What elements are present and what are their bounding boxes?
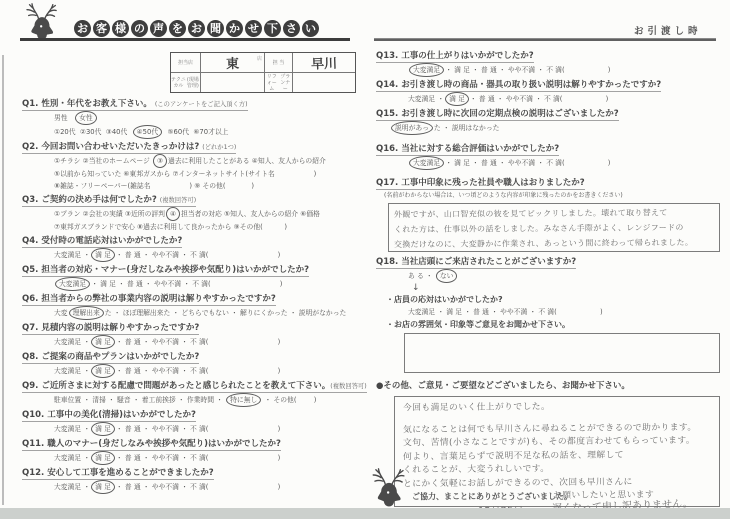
title-char: お — [74, 20, 91, 37]
question-number: Q2. — [22, 142, 38, 152]
question-number: Q11. — [22, 439, 44, 449]
question-note: (このアンケートをご記入頂く方) — [155, 101, 248, 108]
circled-answer: 説明があっ — [391, 121, 433, 135]
circled-answer: 満 足 — [445, 92, 469, 106]
question-note: (複数回答可) — [160, 197, 196, 204]
options-line: ①プラン ②会社の実績 ③近所の評判④担当者の対応 ⑤知人、友人からの紹介 ⑥価… — [22, 207, 374, 221]
options-line: 大変満足 ・満 足・ 普 通 ・ やや不満 ・ 不 満( ) — [22, 451, 374, 465]
options-line: 大変満足 ・満 足・ 普 通 ・ やや不満 ・ 不 満( ) — [22, 422, 374, 436]
circled-answer: 満 足 — [91, 480, 115, 494]
question-q9: Q9. ご近所さまに対する配慮で問題があったと感じられたことを教えて下さい。(複… — [22, 380, 374, 407]
question-q7: Q7. 見積内容の説明は解りやすかったですか? 大変満足 ・満 足・ 普 通 ・… — [22, 322, 374, 349]
page-title: お客様の声をお聞かせ下さい — [74, 17, 321, 37]
options-line: 男性 女性 — [22, 111, 374, 125]
options-line: 大変満足 ・ 満 足 ・ 普 通 ・ やや不満 ・ 不 満( ) — [376, 306, 720, 318]
question-title: ご近所さまに対する配慮で問題があったと感じられたことを教えて下さい。 — [41, 381, 330, 391]
question-q11: Q11. 職人のマナー(身だしなみや挨拶や気配り)はいかがでしたか? 大変満足 … — [22, 438, 374, 465]
circled-answer: ④50代 — [133, 125, 163, 139]
circled-answer: 満 足 — [91, 248, 115, 262]
options-line: 大変満足 ・満 足・ 普 通 ・ やや不満 ・ 不 満( ) — [376, 92, 720, 106]
technical-value-cell — [201, 73, 265, 92]
store-label: 担当店 — [171, 53, 201, 73]
technical-label: テクニカル(現場管理) — [171, 73, 201, 92]
circled-answer: ③ — [153, 154, 167, 168]
circled-answer: 特に無し — [226, 393, 261, 407]
question-q15: Q15. お引き渡し時に次回の定期点検の説明はございましたか? 説明があった ・… — [376, 108, 720, 135]
question-number: Q8. — [22, 352, 38, 362]
scan-edge-left — [2, 55, 4, 505]
title-char: 声 — [150, 20, 167, 37]
options-line: 駐車位置 ・ 清掃 ・ 騒音 ・ 着工前挨拶 ・ 作業時間 ・ 特に無し ・ そ… — [22, 393, 374, 407]
other-comments-heading: ●その他、ご意見・ご要望などございましたら、お聞かせ下さい。 — [376, 380, 720, 393]
question-title: 担当者からの弊社の事業内容の説明は解りやすかったですか? — [41, 294, 275, 304]
q18-sub-question-staff: ・店員の応対はいかがでしたか? — [376, 293, 720, 306]
circled-answer: 満 足 — [91, 451, 115, 465]
question-title: 安心して工事を進めることができましたか? — [47, 468, 213, 478]
phase-label: お引渡し時 — [634, 23, 702, 37]
title-char: の — [131, 20, 148, 37]
question-q6: Q6. 担当者からの弊社の事業内容の説明は解りやすかったですか? 大変理解出来た… — [22, 293, 374, 320]
question-number: Q10. — [22, 410, 44, 420]
options-line: 大変満足 ・満 足・ 普 通 ・ やや不満 ・ 不 満( ) — [22, 248, 374, 262]
store-value-handwritten: 東 — [226, 53, 240, 72]
question-number: Q6. — [22, 294, 38, 304]
options-line: 大変理解出来た ・ ほぼ理解出来た ・ どちらでもない ・ 解りにくかった ・ … — [22, 306, 374, 320]
question-number: Q5. — [22, 265, 38, 275]
circled-answer: 満 足 — [91, 335, 115, 349]
scan-edge-bottom — [0, 508, 730, 519]
title-char: お — [188, 20, 205, 37]
question-title: 担当者の対応・マナー(身だしなみや挨拶や気配り)はいかがでしたか? — [41, 265, 309, 275]
question-q8: Q8. ご提案の商品やプランはいかがでしたか? 大変満足 ・満 足・ 普 通 ・… — [22, 351, 374, 378]
other-comments-box: 今回も満足のいく仕上がりでした。 気になることは何でも早川さんに尋ねることができ… — [394, 396, 720, 507]
questions-right-column: Q13. 工事の仕上がりはいかがでしたか? 大変満足・ 満 足 ・ 普 通 ・ … — [376, 50, 720, 507]
down-arrow-icon: ↓ — [376, 283, 720, 293]
question-note: (どれか1つ) — [202, 144, 236, 151]
options-line: ①20代 ②30代 ③40代 ④50代 ⑤60代 ⑥70才以上 — [22, 125, 374, 139]
question-title: お引き渡し時に次回の定期点検の説明はございましたか? — [401, 109, 618, 119]
handwritten-comment-line: 交換だけなのに、大変静かに作業され、あっという間に終わって帰られました。 — [394, 235, 714, 252]
question-number: Q12. — [22, 468, 44, 478]
options-line: 大変満足 ・満 足・ 普 通 ・ やや不満 ・ 不 満( ) — [22, 335, 374, 349]
footer-thanks-text: ご協力、まことにありがとうございました。 — [412, 491, 572, 502]
staff-value-cell: 早川 — [293, 53, 355, 73]
title-char: か — [226, 20, 243, 37]
question-q1: Q1. 性別・年代をお教え下さい。 (このアンケートをご記入頂く方) 男性 女性… — [22, 98, 374, 139]
circled-answer: ④ — [166, 207, 180, 221]
question-title: 受付時の電話応対はいかがでしたか? — [41, 236, 182, 246]
questions-left-column: Q1. 性別・年代をお教え下さい。 (このアンケートをご記入頂く方) 男性 女性… — [22, 98, 374, 496]
options-line: ⑦東邦ガスブランドで安心 ⑧過去に利用して良かったから ⑨その他( ) — [22, 221, 374, 233]
question-number: Q17. — [376, 178, 398, 188]
title-char: さ — [283, 20, 300, 37]
title-char: 下 — [264, 20, 281, 37]
staff-label: 担 当 — [265, 53, 293, 73]
staff-value-handwritten: 早川 — [311, 53, 338, 73]
question-title: 工事の仕上がりはいかがでしたか? — [401, 51, 533, 61]
planner-label: リフォームプランナー — [265, 73, 293, 92]
question-number: Q13. — [376, 51, 398, 61]
options-line: 大変満足・ 満 足 ・ 普 通 ・ やや不満 ・ 不 満( ) — [22, 277, 374, 291]
title-char: い — [302, 20, 319, 37]
question-number: Q18. — [376, 257, 398, 267]
options-line: 説明があった ・ 説明はなかった — [376, 121, 720, 135]
options-line: あ る ・ ない — [376, 269, 720, 283]
options-line: 大変満足・ 満 足 ・ 普 通 ・ やや不満 ・ 不 満( ) — [376, 156, 720, 170]
circled-answer: 大変満足 — [409, 63, 444, 77]
options-line: 大変満足 ・満 足・ 普 通 ・ やや不満 ・ 不 満( ) — [22, 480, 374, 494]
question-title: 性別・年代をお教え下さい。 — [41, 99, 152, 109]
question-number: Q16. — [376, 144, 398, 154]
question-title: 今回お問い合わせいただいたきっかけは? — [41, 142, 199, 152]
question-number: Q1. — [22, 99, 38, 109]
q17-answer-box: 外観ですが、山口智充似の彼を見てビックリしました。壊れて取り替えて くれた方は、… — [388, 203, 720, 252]
question-title: ご契約の決め手は何でしたか? — [41, 195, 156, 205]
question-number: Q14. — [376, 80, 398, 90]
survey-scan-page: お客様の声をお聞かせ下さい お引渡し時 担当店 東店 担 当 早川 テクニカル(… — [0, 0, 730, 519]
store-value-cell: 東店 — [201, 53, 265, 73]
shop-impression-box — [404, 333, 720, 373]
question-q14: Q14. お引き渡し時の商品・器具の取り扱い説明は解りやすかったですか? 大変満… — [376, 79, 720, 106]
title-char: せ — [245, 20, 262, 37]
title-char: 聞 — [207, 20, 224, 37]
circled-answer: 大変満足 — [55, 277, 90, 291]
circled-answer: 女性 — [75, 111, 97, 125]
title-char: 客 — [93, 20, 110, 37]
staff-info-table: 担当店 東店 担 当 早川 テクニカル(現場管理) リフォームプランナー — [170, 52, 356, 93]
question-title: 工事中印象に残った社員や職人はおりましたか? — [401, 178, 584, 188]
planner-value-cell — [293, 73, 355, 92]
q18-sub-question-shop: ・お店の雰囲気・印象等ご意見をお聞かせ下さい。 — [376, 318, 720, 331]
title-char: 様 — [112, 20, 129, 37]
question-number: Q9. — [22, 381, 38, 391]
phase-rule — [374, 38, 716, 41]
circled-answer: 大変満足 — [409, 156, 444, 170]
question-number: Q4. — [22, 236, 38, 246]
question-q13: Q13. 工事の仕上がりはいかがでしたか? 大変満足・ 満 足 ・ 普 通 ・ … — [376, 50, 720, 77]
question-q3: Q3. ご契約の決め手は何でしたか? (複数回答可) ①プラン ②会社の実績 ③… — [22, 194, 374, 233]
circled-answer: 満 足 — [91, 422, 115, 436]
question-q18: Q18. 当社店頭にご来店されたことがございますか? あ る ・ ない ↓ ・店… — [376, 256, 720, 373]
question-title: ご提案の商品やプランはいかがでしたか? — [41, 352, 199, 362]
question-q4: Q4. 受付時の電話応対はいかがでしたか? 大変満足 ・満 足・ 普 通 ・ や… — [22, 235, 374, 262]
question-q2: Q2. 今回お問い合わせいただいたきっかけは? (どれか1つ) ①チラシ ②当社… — [22, 141, 374, 192]
question-q16: Q16. 当社に対する総合評価はいかがでしたか? 大変満足・ 満 足 ・ 普 通… — [376, 143, 720, 170]
deer-logo-icon — [22, 1, 62, 49]
options-line: ⑧雑誌・フリーペーパー(雑誌名 ) ⑨ その他( ) — [22, 180, 374, 192]
question-number: Q7. — [22, 323, 38, 333]
question-title: 見積内容の説明は解りやすかったですか? — [41, 323, 199, 333]
question-q12: Q12. 安心して工事を進めることができましたか? 大変満足 ・満 足・ 普 通… — [22, 467, 374, 494]
circled-answer: ない — [436, 269, 458, 283]
circled-answer: 満 足 — [91, 364, 115, 378]
question-q17: Q17. 工事中印象に残った社員や職人はおりましたか? (名前がわからない場合は… — [376, 177, 720, 252]
options-line: ①チラシ ②当社のホームページ ③過去に利用したことがある ④知人、友人からの紹… — [22, 154, 374, 168]
question-q10: Q10. 工事中の美化(清掃)はいかがでしたか? 大変満足 ・満 足・ 普 通 … — [22, 409, 374, 436]
title-rule — [20, 38, 350, 41]
options-line: 大変満足・ 満 足 ・ 普 通 ・ やや不満 ・ 不 満( ) — [376, 63, 720, 77]
title-char: を — [169, 20, 186, 37]
store-suffix: 店 — [257, 55, 262, 62]
handwritten-comment-line: 今回も満足のいく仕上がりでした。 — [403, 400, 713, 416]
question-title: お引き渡し時の商品・器具の取り扱い説明は解りやすかったですか? — [401, 80, 661, 90]
question-q5: Q5. 担当者の対応・マナー(身だしなみや挨拶や気配り)はいかがでしたか? 大変… — [22, 264, 374, 291]
question-title: 当社店頭にご来店されたことがございますか? — [401, 257, 576, 267]
question-note: (複数回答可) — [330, 383, 366, 390]
circled-answer: 理解出来 — [69, 306, 104, 320]
question-title: 工事中の美化(清掃)はいかがでしたか? — [47, 410, 196, 420]
question-note: (名前がわからない場合は、いつ頃どのような内容が印象に残ったのかをお書きください… — [376, 190, 720, 202]
question-title: 職人のマナー(身だしなみや挨拶や気配り)はいかがでしたか? — [47, 439, 281, 449]
options-line: 大変満足 ・満 足・ 普 通 ・ やや不満 ・ 不 満( ) — [22, 364, 374, 378]
question-number: Q15. — [376, 109, 398, 119]
question-number: Q3. — [22, 195, 38, 205]
question-title: 当社に対する総合評価はいかがでしたか? — [401, 144, 559, 154]
options-line: ⑤以前から知っていた ⑥東邦ガスから ⑦インターネットサイト(サイト名 ) — [22, 168, 374, 180]
